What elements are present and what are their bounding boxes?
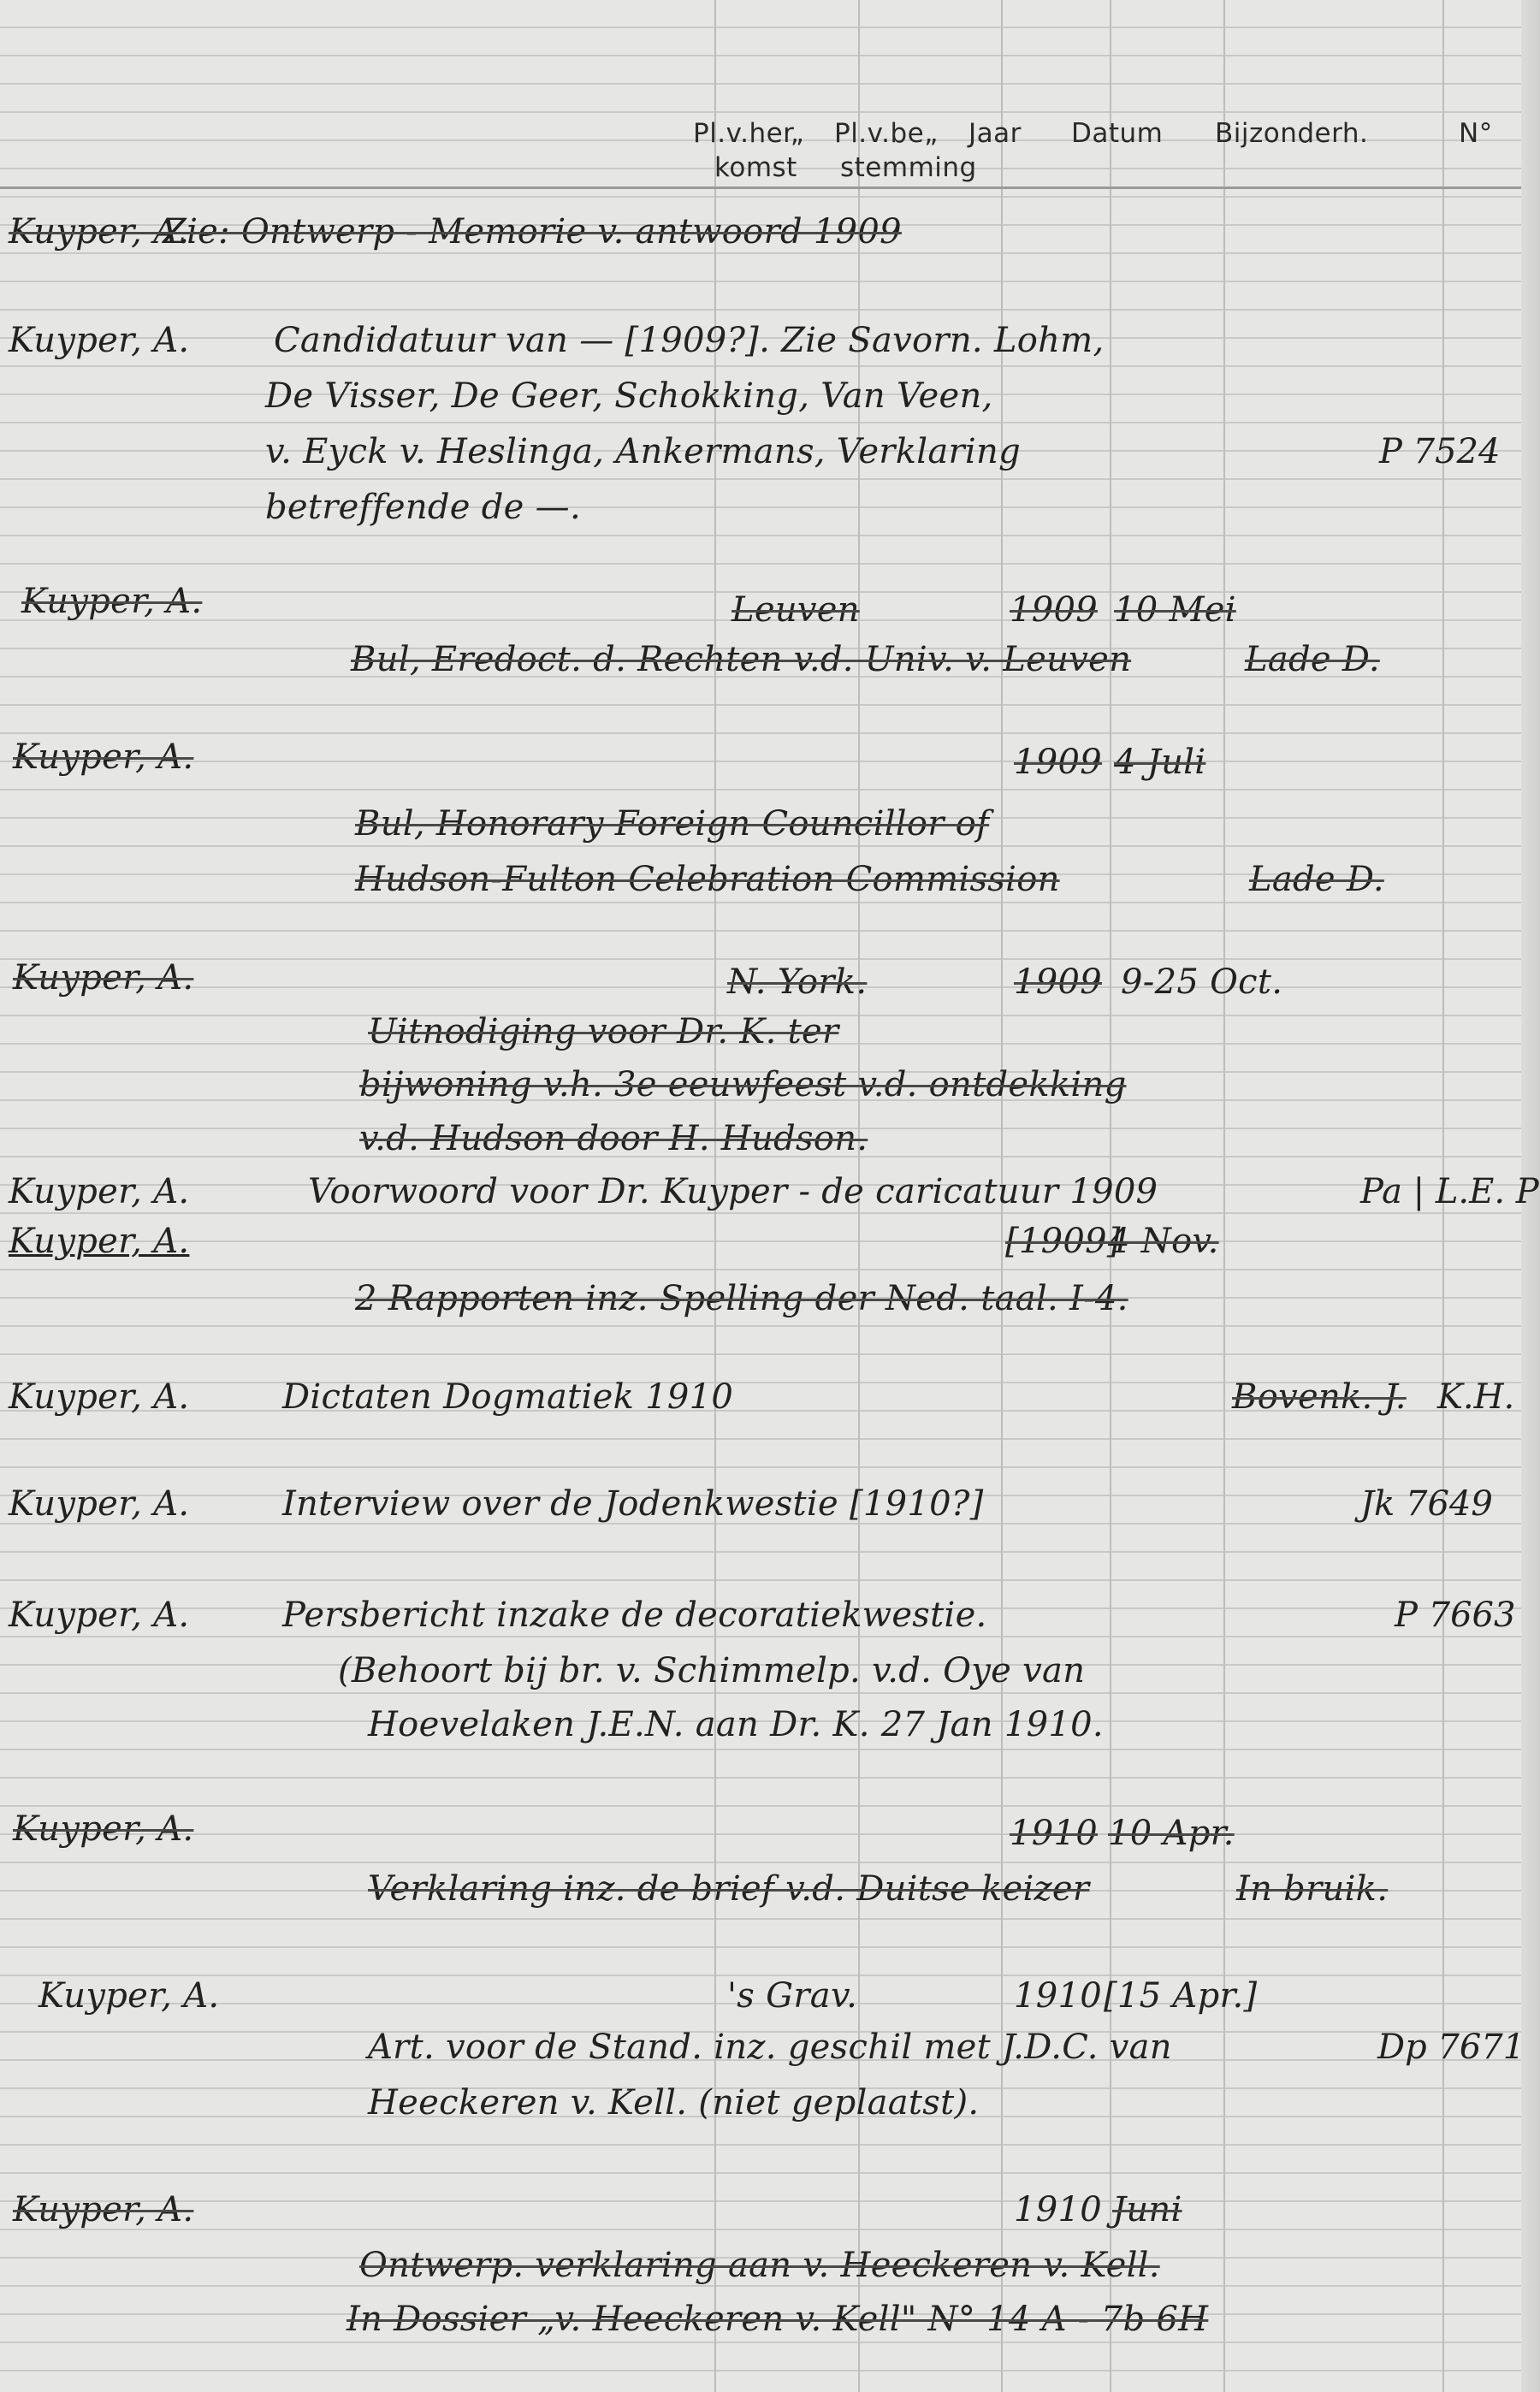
column-rule <box>1223 0 1225 2392</box>
header-place-dest: Pl.v.be„ <box>834 118 939 149</box>
entry-name: Kuyper, A. <box>9 1596 189 1635</box>
entry-text: Bul, Eredoct. d. Rechten v.d. Univ. v. L… <box>351 640 1131 679</box>
entry-year: 1909 <box>1010 590 1098 630</box>
entry-text: v. Eyck v. Heslinga, Ankermans, Verklari… <box>265 432 1021 471</box>
entry-text: Art. voor de Stand. inz. geschil met J.D… <box>368 2028 1172 2067</box>
entry-year: 1910 <box>1014 2190 1102 2229</box>
entry-year: 1910 <box>1014 1976 1102 2016</box>
entry-name: Kuyper, A. <box>13 737 193 777</box>
entry-date: 4 Juli <box>1114 743 1205 782</box>
entry-details: Pa | L.E. P1 <box>1360 1172 1540 1211</box>
entry-date: Juni <box>1112 2190 1182 2229</box>
entry-name: Kuyper, A. <box>9 1222 189 1261</box>
entry-details: In bruik. <box>1236 1869 1388 1909</box>
entry-text: Interview over de Jodenkwestie [1910?] <box>282 1484 984 1524</box>
entry-text: Ontwerp. verklaring aan v. Heeckeren v. … <box>359 2246 1160 2285</box>
entry-place: 's Grav. <box>727 1976 857 2016</box>
entry-text: Candidatuur van — [1909?]. Zie Savorn. L… <box>274 321 1105 360</box>
entry-name: Kuyper, A. <box>9 1377 189 1417</box>
entry-year: 1910 <box>1010 1814 1098 1853</box>
entry-details: K.H. <box>1437 1377 1514 1417</box>
entry-number: Jk 7649 <box>1360 1484 1493 1524</box>
entry-name: Kuyper, A. <box>13 2190 193 2229</box>
header-details: Bijzonderh. <box>1215 118 1368 149</box>
entry-number: P 7663 <box>1395 1596 1515 1635</box>
entry-text: De Visser, De Geer, Schokking, Van Veen, <box>265 376 993 416</box>
entry-details-struck: Bovenk. J. <box>1232 1377 1407 1417</box>
entry-name: Kuyper, A. <box>9 1484 189 1524</box>
entry-date: [15 Apr.] <box>1104 1976 1257 2016</box>
entry-text: Verklaring inz. de brief v.d. Duitse kei… <box>368 1869 1089 1909</box>
entry-name: Kuyper, A. <box>9 321 189 360</box>
header-rule <box>0 187 1540 189</box>
header-number: N° <box>1459 118 1493 149</box>
entry-details: Lade D. <box>1249 860 1384 899</box>
entry-date: 10 Mei <box>1114 590 1236 630</box>
entry-place: N. York. <box>727 962 867 1002</box>
entry-name: Kuyper, A. <box>13 1809 193 1849</box>
header-place-origin-2: komst <box>714 152 797 183</box>
entry-number: Dp 7671 <box>1377 2028 1525 2067</box>
entry-date: 9-25 Oct. <box>1121 962 1282 1002</box>
entry-place: Leuven <box>731 590 860 630</box>
entry-name: Kuyper, A. <box>38 1976 219 2016</box>
entry-year: 1909 <box>1014 743 1102 782</box>
entry-text: (Behoort bij br. v. Schimmelp. v.d. Oye … <box>338 1651 1085 1690</box>
entry-text: Persbericht inzake de decoratiekwestie. <box>282 1596 987 1635</box>
entry-details: Lade D. <box>1245 640 1380 679</box>
entry-text: 2 Rapporten inz. Spelling der Ned. taal.… <box>355 1279 1128 1318</box>
entry-text: Zie: Ontwerp - Memorie v. antwoord 1909 <box>163 212 902 252</box>
entry-text: Uitnodiging voor Dr. K. ter <box>368 1012 838 1051</box>
entry-text: v.d. Hudson door H. Hudson. <box>359 1119 868 1158</box>
entry-date: 10 Apr. <box>1108 1814 1235 1853</box>
entry-text: Bul, Honorary Foreign Councillor of <box>355 804 989 844</box>
entry-text: Hoevelaken J.E.N. aan Dr. K. 27 Jan 1910… <box>368 1705 1104 1744</box>
entry-text: betreffende de —. <box>265 488 581 527</box>
header-place-origin: Pl.v.her„ <box>693 118 804 149</box>
header-place-dest-2: stemming <box>840 152 977 183</box>
entry-text: Heeckeren v. Kell. (niet geplaatst). <box>368 2083 979 2123</box>
entry-date: 4 Nov. <box>1108 1222 1219 1261</box>
header-date: Datum <box>1071 118 1163 149</box>
header-year: Jaar <box>968 118 1022 149</box>
entry-name: Kuyper, A. <box>9 1172 189 1211</box>
entry-number: P 7524 <box>1379 432 1500 471</box>
entry-name: Kuyper, A. <box>13 958 193 998</box>
entry-text: In Dossier „v. Heeckeren v. Kell" N° 14 … <box>346 2300 1208 2339</box>
entry-name: Kuyper, A. <box>21 582 202 621</box>
entry-text: Voorwoord voor Dr. Kuyper - de caricatuu… <box>308 1172 1158 1211</box>
entry-text: Hudson-Fulton Celebration Commission <box>355 860 1060 899</box>
entry-year: [1909] <box>1005 1222 1121 1261</box>
entry-year: 1909 <box>1014 962 1102 1002</box>
entry-text: bijwoning v.h. 3e eeuwfeest v.d. ontdekk… <box>359 1065 1127 1104</box>
entry-text: Dictaten Dogmatiek 1910 <box>282 1377 733 1417</box>
